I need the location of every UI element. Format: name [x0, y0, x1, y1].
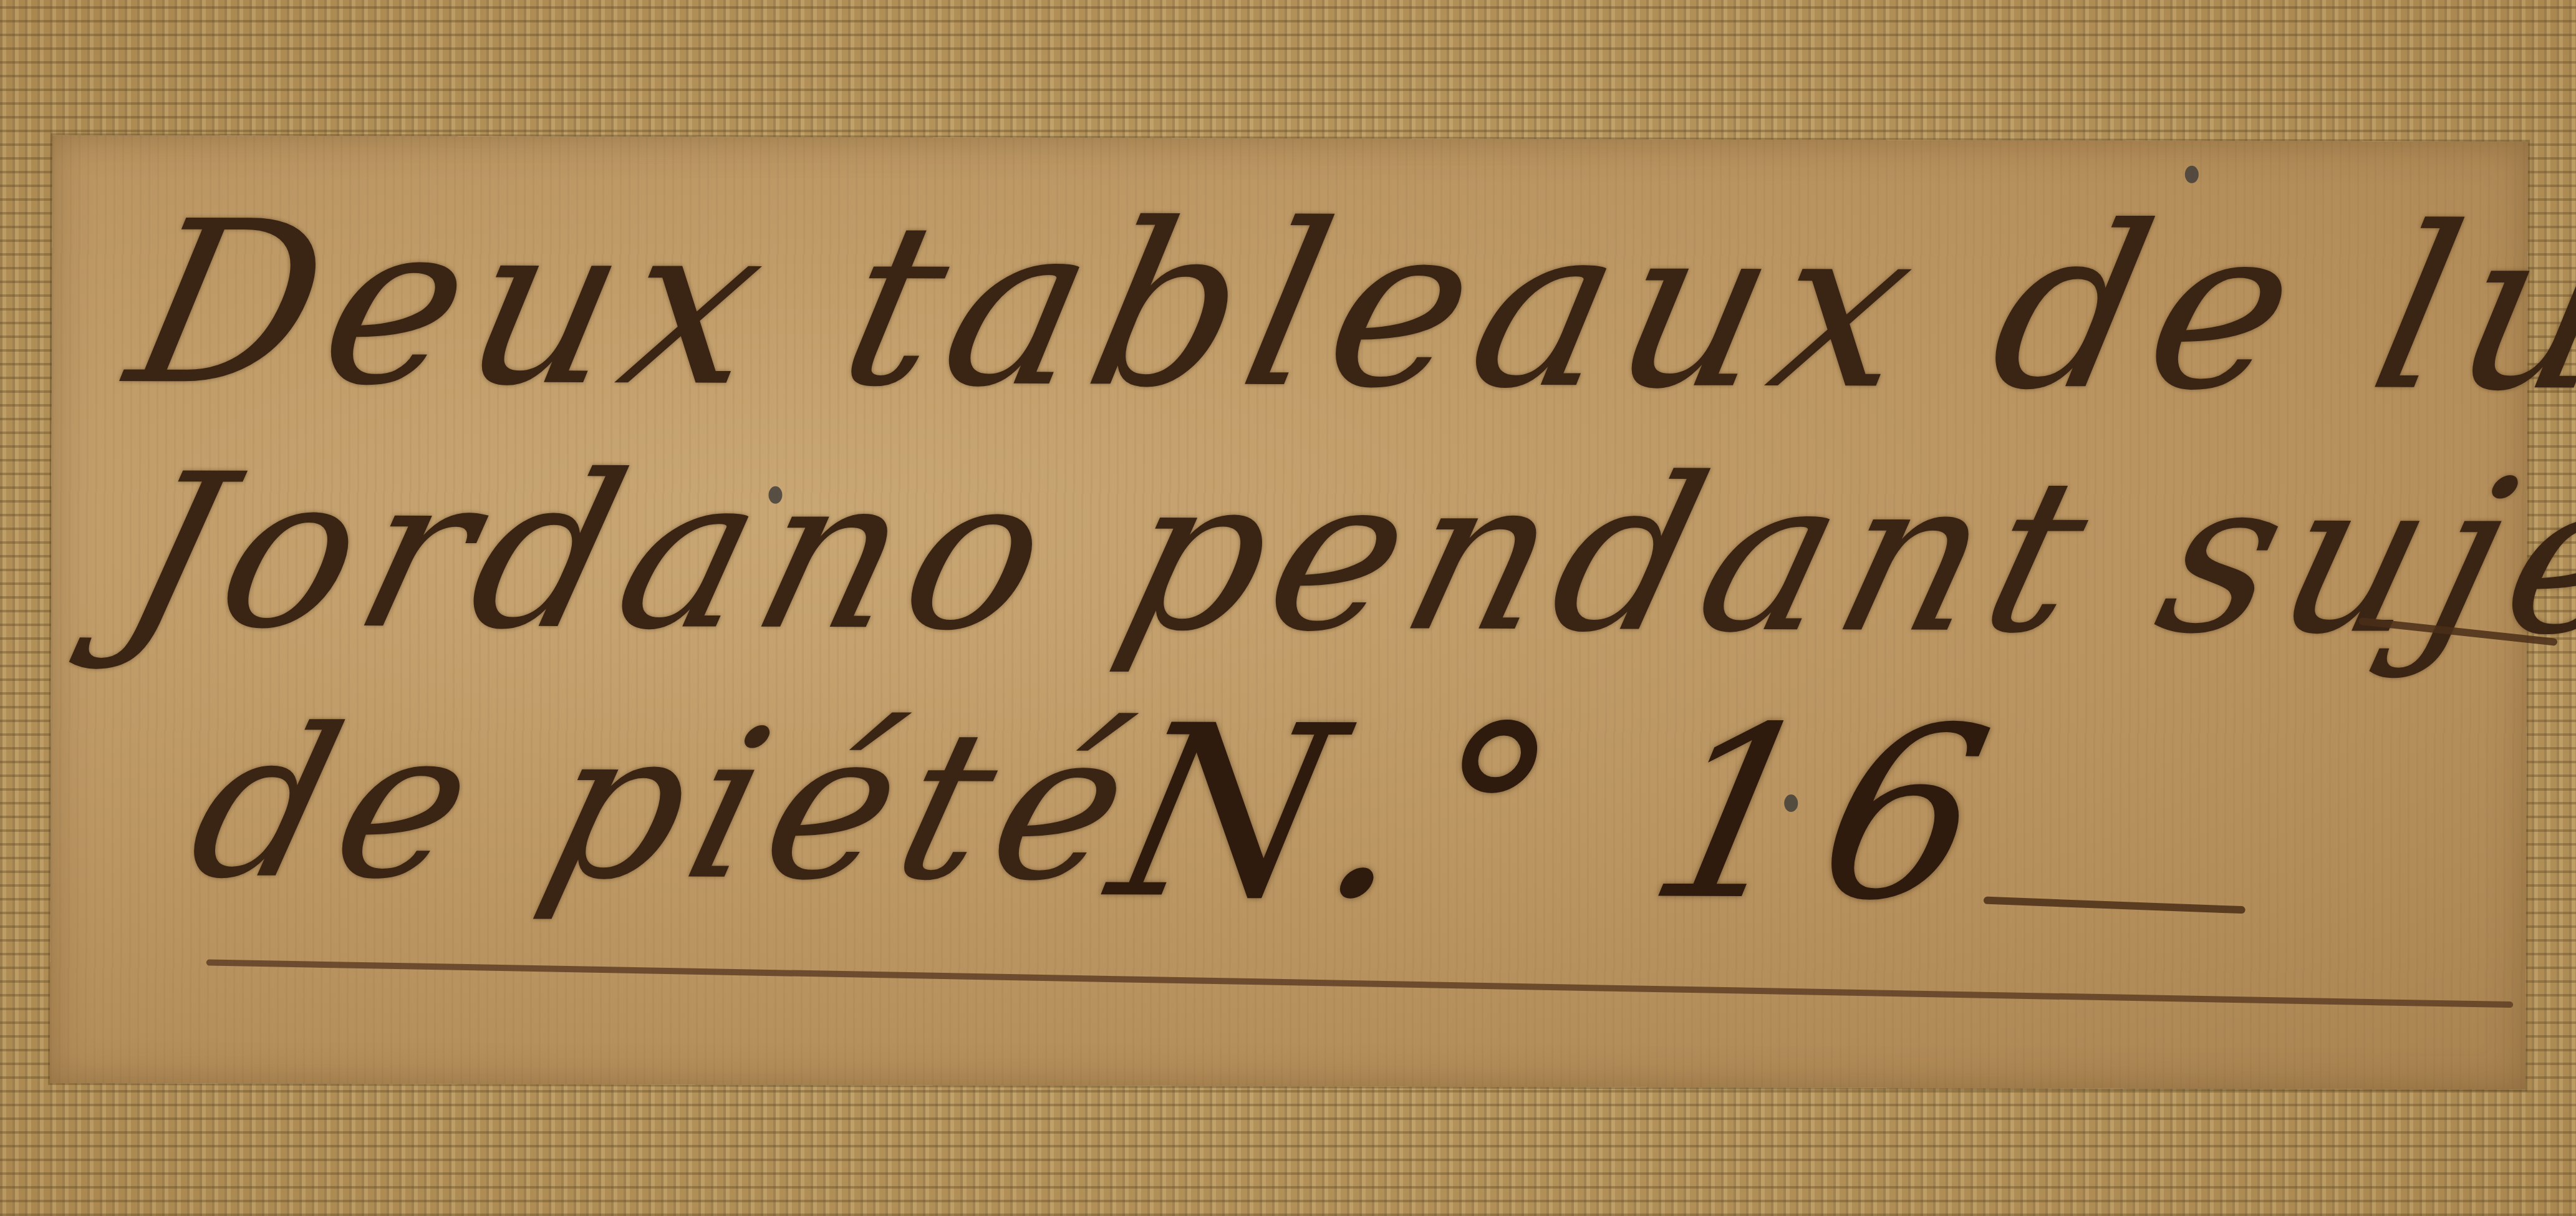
- underline-stroke: [206, 959, 2514, 1008]
- ink-spot: [1784, 794, 1798, 812]
- label-line-3: de piété: [170, 685, 1163, 927]
- inventory-number: N.° 16: [1093, 674, 2028, 952]
- ink-spot: [2185, 166, 2199, 183]
- label-line-1: Deux tableaux de lucas: [111, 173, 2576, 442]
- label-line-2: Jordano pendant sujet: [101, 428, 2576, 682]
- paper-label: Deux tableaux de lucas Jordano pendant s…: [50, 135, 2528, 1089]
- trailing-flourish: [1984, 897, 2246, 914]
- ink-spot: [768, 486, 782, 504]
